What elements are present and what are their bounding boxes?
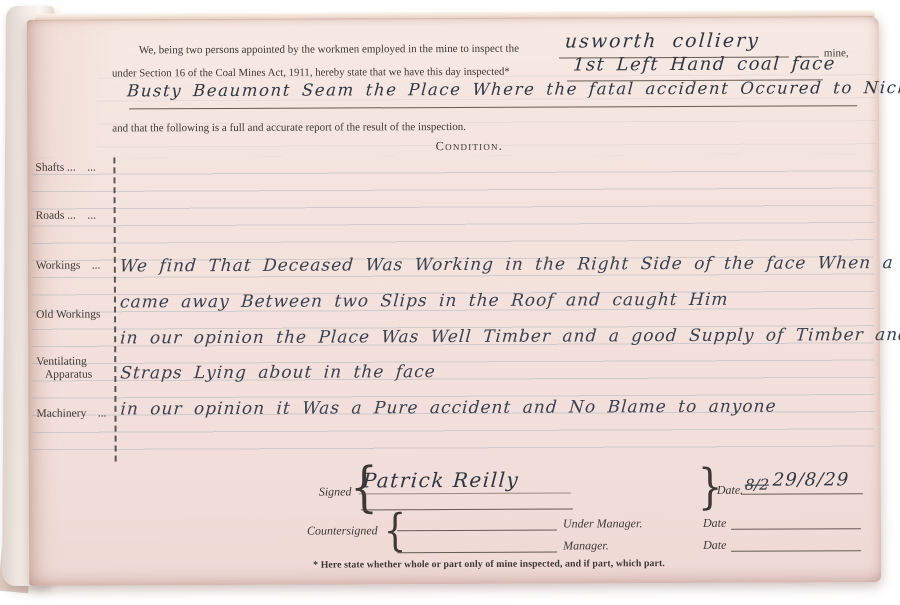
report-line: Straps Lying about in the face [120,362,437,383]
form-intro-line1: We, being two persons appointed by the w… [139,43,519,57]
row-label-workings: Workings ... [36,259,120,272]
form-intro-line2: under Section 16 of the Coal Mines Act, … [112,66,510,80]
seam-accident-entry: Busty Beaumont Seam the Place Where the … [126,78,900,101]
place-inspected-entry: 1st Left Hand coal face [572,53,836,75]
date-label: Date. [717,483,743,498]
form-intro-line3: and that the following is a full and acc… [112,121,466,135]
date-entry: 29/8/29 [772,469,850,490]
countersigned-label: Countersigned [307,523,378,538]
form-footnote: * Here state whether whole or part only … [313,558,665,571]
manager-label: Manager. [563,538,609,553]
under-manager-label: Under Manager. [563,516,642,531]
mine-name-entry: usworth colliery [564,30,761,53]
mine-inspection-form-page: We, being two persons appointed by the w… [27,16,881,586]
row-label-ventilating-apparatus: Ventilating Apparatus [36,355,120,380]
date-label-manager: Date [703,538,726,553]
row-label-roads: Roads ... ... [36,209,120,222]
photographed-document: We, being two persons appointed by the w… [0,0,900,605]
signed-label: Signed [319,484,352,499]
report-line: We find That Deceased Was Working in the… [119,253,900,277]
condition-heading: Condition. [27,137,879,156]
signature-name: Patrick Reilly [362,468,520,493]
row-label-old-workings: Old Workings [36,308,120,321]
report-line: came away Between two Slips in the Roof … [119,290,729,313]
report-line: in our opinion the Place Was Well Timber… [120,325,900,348]
row-label-machinery: Machinery ... [36,407,120,420]
report-line: in our opinion it Was a Pure accident an… [120,397,777,420]
row-label-shafts: Shafts ... ... [35,161,119,174]
date-struck-entry: 8/2 [744,476,769,494]
countersigned-brace: { [384,509,407,553]
date-label-under-manager: Date [703,516,726,531]
